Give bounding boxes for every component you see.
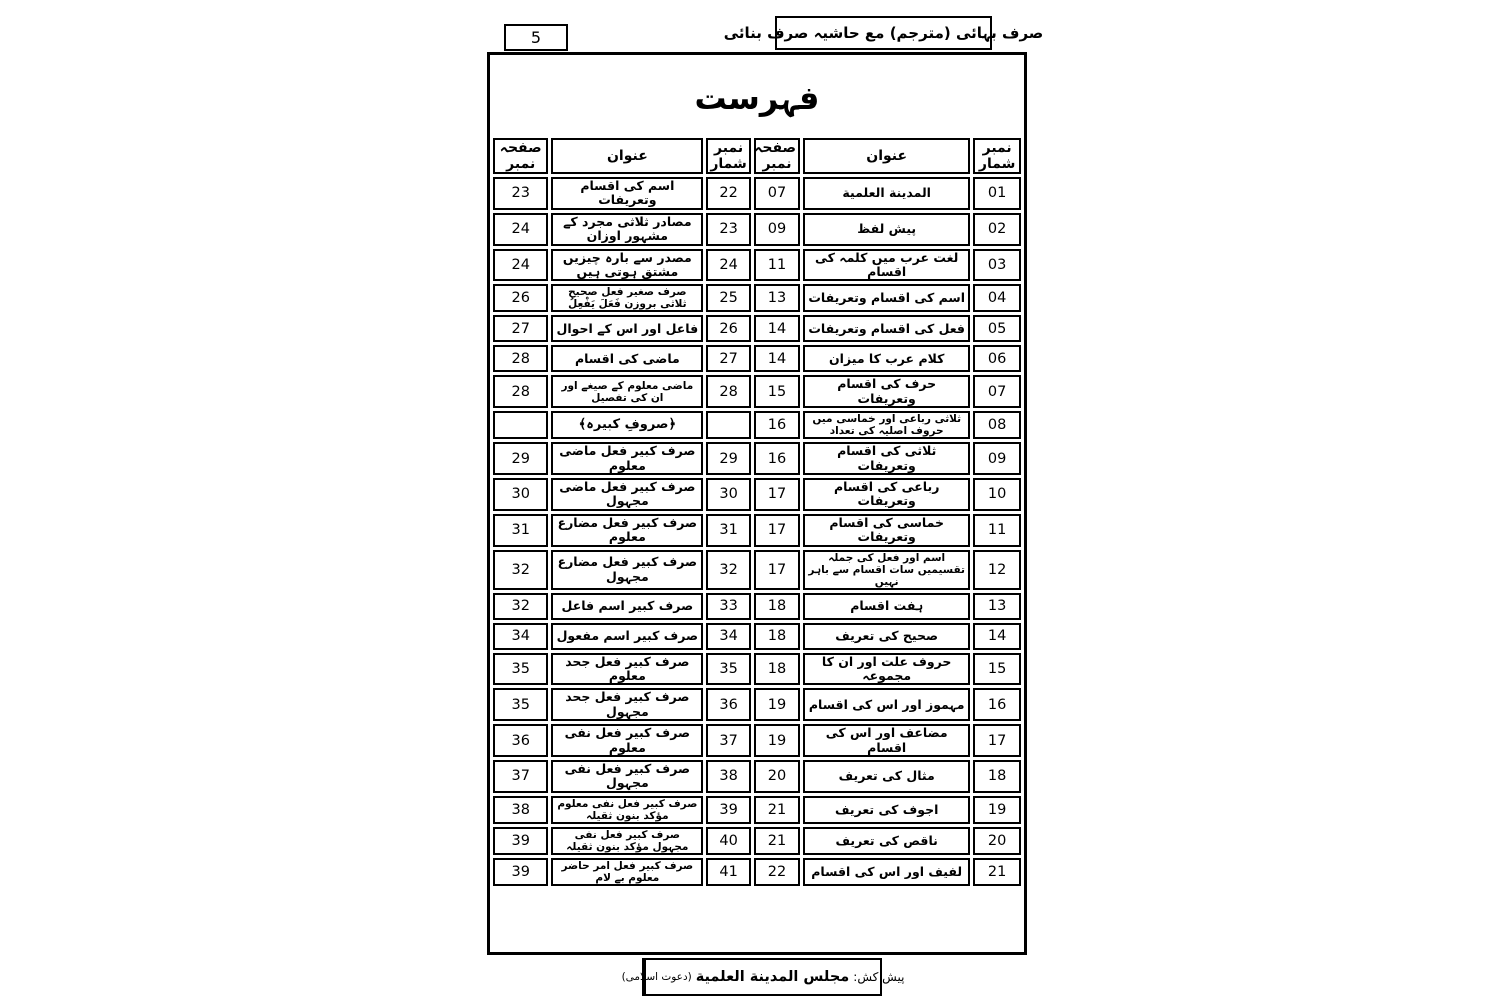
toc-heading-left: مصدر سے بارہ چیزیں مشتق ہوتی ہیں — [551, 249, 703, 282]
toc-row: 04اسم کی اقسام وتعریفات1325صرف صغیر فعل … — [493, 284, 1021, 312]
toc-serial-left: 31 — [706, 514, 751, 547]
toc-heading-right: فعل کی اقسام وتعریفات — [803, 315, 970, 342]
toc-title: فہرست — [490, 79, 1024, 117]
toc-serial-right: 20 — [973, 827, 1021, 855]
toc-serial-right: 05 — [973, 315, 1021, 342]
toc-page-right: 09 — [754, 213, 800, 246]
toc-page-left: 34 — [493, 623, 548, 650]
toc-page-left: 24 — [493, 249, 548, 282]
toc-heading-right: لغت عرب میں کلمہ کی اقسام — [803, 249, 970, 282]
toc-serial-right: 13 — [973, 593, 1021, 620]
toc-serial-left: 32 — [706, 550, 751, 590]
toc-serial-left: 35 — [706, 653, 751, 686]
toc-row: 09ثلاثی کی اقسام وتعریفات1629صرف کبیر فع… — [493, 442, 1021, 475]
toc-page-right: 18 — [754, 623, 800, 650]
toc-page-left: 30 — [493, 478, 548, 511]
toc-serial-left: 36 — [706, 688, 751, 721]
toc-page-left: 32 — [493, 593, 548, 620]
toc-heading-left: صرف کبیر فعل نفی معلوم — [551, 724, 703, 757]
toc-heading-right: حرف کی اقسام وتعریفات — [803, 375, 970, 408]
header-heading-left: عنوان — [551, 138, 703, 174]
toc-row: 10رباعی کی اقسام وتعریفات1730صرف کبیر فع… — [493, 478, 1021, 511]
toc-heading-right: اجوف کی تعریف — [803, 796, 970, 824]
toc-heading-right: ثلاثی رباعی اور خماسی میں حروف اصلیہ کی … — [803, 411, 970, 439]
toc-serial-right: 02 — [973, 213, 1021, 246]
toc-page-left: 23 — [493, 177, 548, 210]
toc-serial-left: 41 — [706, 858, 751, 886]
toc-page-left: 35 — [493, 688, 548, 721]
toc-serial-left: 23 — [706, 213, 751, 246]
toc-serial-right: 14 — [973, 623, 1021, 650]
toc-serial-right: 16 — [973, 688, 1021, 721]
toc-serial-right: 12 — [973, 550, 1021, 590]
toc-heading-right: خماسی کی اقسام وتعریفات — [803, 514, 970, 547]
toc-heading-right: صحیح کی تعریف — [803, 623, 970, 650]
toc-serial-left: 34 — [706, 623, 751, 650]
toc-heading-left: صرف کبیر فعل نفی مجہول — [551, 760, 703, 793]
toc-heading-right: مثال کی تعریف — [803, 760, 970, 793]
toc-heading-left: صرف کبیر فعل مضارع مجہول — [551, 550, 703, 590]
toc-row: 11خماسی کی اقسام وتعریفات1731صرف کبیر فع… — [493, 514, 1021, 547]
toc-heading-right: ناقص کی تعریف — [803, 827, 970, 855]
toc-serial-left: 37 — [706, 724, 751, 757]
toc-heading-left: صرف کبیر فعل امر حاضر معلوم بے لام — [551, 858, 703, 886]
toc-heading-left: صرف صغیر فعل صحیح ثلاثی بروزن فَعَلَ يَف… — [551, 284, 703, 312]
toc-heading-right: کلام عرب کا میزان — [803, 345, 970, 372]
toc-serial-right: 03 — [973, 249, 1021, 282]
toc-row: 20ناقص کی تعریف2140صرف کبیر فعل نفی مجہو… — [493, 827, 1021, 855]
header-heading-right: عنوان — [803, 138, 970, 174]
toc-row: 17مضاعف اور اس کی اقسام1937صرف کبیر فعل … — [493, 724, 1021, 757]
toc-page-right: 17 — [754, 550, 800, 590]
book-title-box: صرف بہائی (مترجم) مع حاشیہ صرف بنائی — [775, 16, 992, 50]
toc-row: 12اسم اور فعل کی جملہ تقسیمیں سات اقسام … — [493, 550, 1021, 590]
toc-serial-left: 25 — [706, 284, 751, 312]
toc-page-left: 26 — [493, 284, 548, 312]
toc-heading-left: صرف کبیر فعل جحد معلوم — [551, 653, 703, 686]
toc-page-right: 16 — [754, 411, 800, 439]
toc-page-right: 11 — [754, 249, 800, 282]
toc-serial-right: 06 — [973, 345, 1021, 372]
toc-page-right: 22 — [754, 858, 800, 886]
toc-serial-right: 07 — [973, 375, 1021, 408]
toc-row: 13ہفت اقسام1833صرف کبیر اسم فاعل32 — [493, 593, 1021, 620]
toc-heading-right: ثلاثی کی اقسام وتعریفات — [803, 442, 970, 475]
toc-serial-right: 10 — [973, 478, 1021, 511]
toc-page-right: 14 — [754, 345, 800, 372]
toc-page-left: 27 — [493, 315, 548, 342]
toc-heading-right: اسم اور فعل کی جملہ تقسیمیں سات اقسام سے… — [803, 550, 970, 590]
toc-serial-left: 33 — [706, 593, 751, 620]
toc-page-left: 29 — [493, 442, 548, 475]
toc-row: 16مہموز اور اس کی اقسام1936صرف کبیر فعل … — [493, 688, 1021, 721]
toc-page-right: 21 — [754, 827, 800, 855]
toc-page-left: 24 — [493, 213, 548, 246]
toc-heading-left: صرف کبیر فعل ماضی مجہول — [551, 478, 703, 511]
toc-serial-right: 04 — [973, 284, 1021, 312]
toc-row: 14صحیح کی تعریف1834صرف کبیر اسم مفعول34 — [493, 623, 1021, 650]
toc-row: 07حرف کی اقسام وتعریفات1528ماضی معلوم کے… — [493, 375, 1021, 408]
toc-heading-right: المدينة العلمية — [803, 177, 970, 210]
toc-heading-left: صرف کبیر اسم فاعل — [551, 593, 703, 620]
toc-heading-right: پیش لفظ — [803, 213, 970, 246]
toc-row: 21لفیف اور اس کی اقسام2241صرف کبیر فعل ا… — [493, 858, 1021, 886]
toc-page-right: 17 — [754, 514, 800, 547]
toc-heading-left: صرف کبیر فعل جحد مجہول — [551, 688, 703, 721]
toc-heading-right: لفیف اور اس کی اقسام — [803, 858, 970, 886]
toc-heading-left: صرف کبیر فعل نفی مجہول مؤکد بنون ثقیلہ — [551, 827, 703, 855]
toc-serial-right: 18 — [973, 760, 1021, 793]
header-page-left: صفحہ نمبر — [493, 138, 548, 174]
toc-heading-left: صرف کبیر فعل ماضی معلوم — [551, 442, 703, 475]
toc-page-right: 16 — [754, 442, 800, 475]
toc-serial-left: 29 — [706, 442, 751, 475]
toc-serial-right: 15 — [973, 653, 1021, 686]
toc-table: نمبر شمار عنوان صفحہ نمبر نمبر شمار عنوا… — [490, 135, 1024, 889]
toc-serial-left: 22 — [706, 177, 751, 210]
toc-page-left: 37 — [493, 760, 548, 793]
toc-heading-left: صرف کبیر فعل مضارع معلوم — [551, 514, 703, 547]
toc-page-right: 21 — [754, 796, 800, 824]
toc-serial-left: 26 — [706, 315, 751, 342]
toc-serial-right: 01 — [973, 177, 1021, 210]
toc-heading-left: اسم کی اقسام وتعریفات — [551, 177, 703, 210]
toc-serial-right: 11 — [973, 514, 1021, 547]
toc-heading-left: مصادر ثلاثی مجرد کے مشہور اوزان — [551, 213, 703, 246]
toc-page-left: 36 — [493, 724, 548, 757]
header-serial-right: نمبر شمار — [973, 138, 1021, 174]
toc-serial-left: 28 — [706, 375, 751, 408]
toc-heading-left: صرف کبیر فعل نفی معلوم مؤکد بنون ثقیلہ — [551, 796, 703, 824]
toc-row: 01المدينة العلمية0722اسم کی اقسام وتعریف… — [493, 177, 1021, 210]
toc-heading-left: ﴿صروفِ کبیرہ﴾ — [551, 411, 703, 439]
toc-serial-right: 08 — [973, 411, 1021, 439]
toc-serial-left: 38 — [706, 760, 751, 793]
toc-row: 05فعل کی اقسام وتعریفات1426فاعل اور اس ک… — [493, 315, 1021, 342]
page-number: 5 — [531, 28, 541, 47]
toc-serial-right: 19 — [973, 796, 1021, 824]
toc-page-right: 18 — [754, 593, 800, 620]
toc-heading-right: رباعی کی اقسام وتعریفات — [803, 478, 970, 511]
toc-page-left: 35 — [493, 653, 548, 686]
book-title: صرف بہائی (مترجم) مع حاشیہ صرف بنائی — [724, 24, 1044, 42]
toc-page-right: 14 — [754, 315, 800, 342]
toc-row: 18مثال کی تعریف2038صرف کبیر فعل نفی مجہو… — [493, 760, 1021, 793]
toc-row: 03لغت عرب میں کلمہ کی اقسام1124مصدر سے ب… — [493, 249, 1021, 282]
toc-page-left — [493, 411, 548, 439]
toc-serial-left — [706, 411, 751, 439]
page-number-box: 5 — [504, 24, 568, 51]
toc-row: 06کلام عرب کا میزان1427ماضی کی اقسام28 — [493, 345, 1021, 372]
toc-serial-right: 09 — [973, 442, 1021, 475]
toc-serial-right: 17 — [973, 724, 1021, 757]
toc-page-left: 38 — [493, 796, 548, 824]
toc-serial-left: 39 — [706, 796, 751, 824]
toc-page-right: 18 — [754, 653, 800, 686]
publisher-name: مجلس المدينة العلمية — [696, 969, 850, 985]
scanned-document-page: صرف بہائی (مترجم) مع حاشیہ صرف بنائی 5 ف… — [0, 0, 1500, 1000]
toc-page-right: 13 — [754, 284, 800, 312]
toc-row: 19اجوف کی تعریف2139صرف کبیر فعل نفی معلو… — [493, 796, 1021, 824]
toc-heading-right: ہفت اقسام — [803, 593, 970, 620]
publisher-box: پیش کش: مجلس المدينة العلمية (دعوت اسلام… — [642, 958, 882, 996]
toc-serial-left: 30 — [706, 478, 751, 511]
toc-page-right: 20 — [754, 760, 800, 793]
toc-heading-left: ماضی معلوم کے صیغے اور ان کی تفصیل — [551, 375, 703, 408]
toc-page-right: 07 — [754, 177, 800, 210]
toc-row: 02پیش لفظ0923مصادر ثلاثی مجرد کے مشہور ا… — [493, 213, 1021, 246]
toc-page-left: 28 — [493, 375, 548, 408]
toc-page-left: 32 — [493, 550, 548, 590]
contents-box: فہرست نمبر شمار عنوان صفحہ نمبر نمبر شما… — [487, 52, 1027, 955]
toc-serial-left: 24 — [706, 249, 751, 282]
header-serial-left: نمبر شمار — [706, 138, 751, 174]
toc-heading-left: ماضی کی اقسام — [551, 345, 703, 372]
toc-page-left: 39 — [493, 858, 548, 886]
toc-heading-right: اسم کی اقسام وتعریفات — [803, 284, 970, 312]
publisher-label: پیش کش: — [853, 970, 904, 984]
toc-heading-right: حروف علت اور ان کا مجموعہ — [803, 653, 970, 686]
toc-serial-right: 21 — [973, 858, 1021, 886]
toc-body: 01المدينة العلمية0722اسم کی اقسام وتعریف… — [493, 177, 1021, 886]
toc-header-row: نمبر شمار عنوان صفحہ نمبر نمبر شمار عنوا… — [493, 138, 1021, 174]
publisher-suffix: (دعوت اسلامی) — [622, 971, 692, 983]
toc-heading-left: صرف کبیر اسم مفعول — [551, 623, 703, 650]
toc-heading-right: مضاعف اور اس کی اقسام — [803, 724, 970, 757]
toc-page-right: 15 — [754, 375, 800, 408]
toc-page-right: 17 — [754, 478, 800, 511]
toc-serial-left: 27 — [706, 345, 751, 372]
toc-page-left: 28 — [493, 345, 548, 372]
toc-page-right: 19 — [754, 724, 800, 757]
toc-page-left: 31 — [493, 514, 548, 547]
toc-heading-right: مہموز اور اس کی اقسام — [803, 688, 970, 721]
toc-page-right: 19 — [754, 688, 800, 721]
toc-row: 08ثلاثی رباعی اور خماسی میں حروف اصلیہ ک… — [493, 411, 1021, 439]
toc-heading-left: فاعل اور اس کے احوال — [551, 315, 703, 342]
toc-serial-left: 40 — [706, 827, 751, 855]
toc-page-left: 39 — [493, 827, 548, 855]
toc-header: نمبر شمار عنوان صفحہ نمبر نمبر شمار عنوا… — [493, 138, 1021, 174]
header-page-right: صفحہ نمبر — [754, 138, 800, 174]
toc-row: 15حروف علت اور ان کا مجموعہ1835صرف کبیر … — [493, 653, 1021, 686]
